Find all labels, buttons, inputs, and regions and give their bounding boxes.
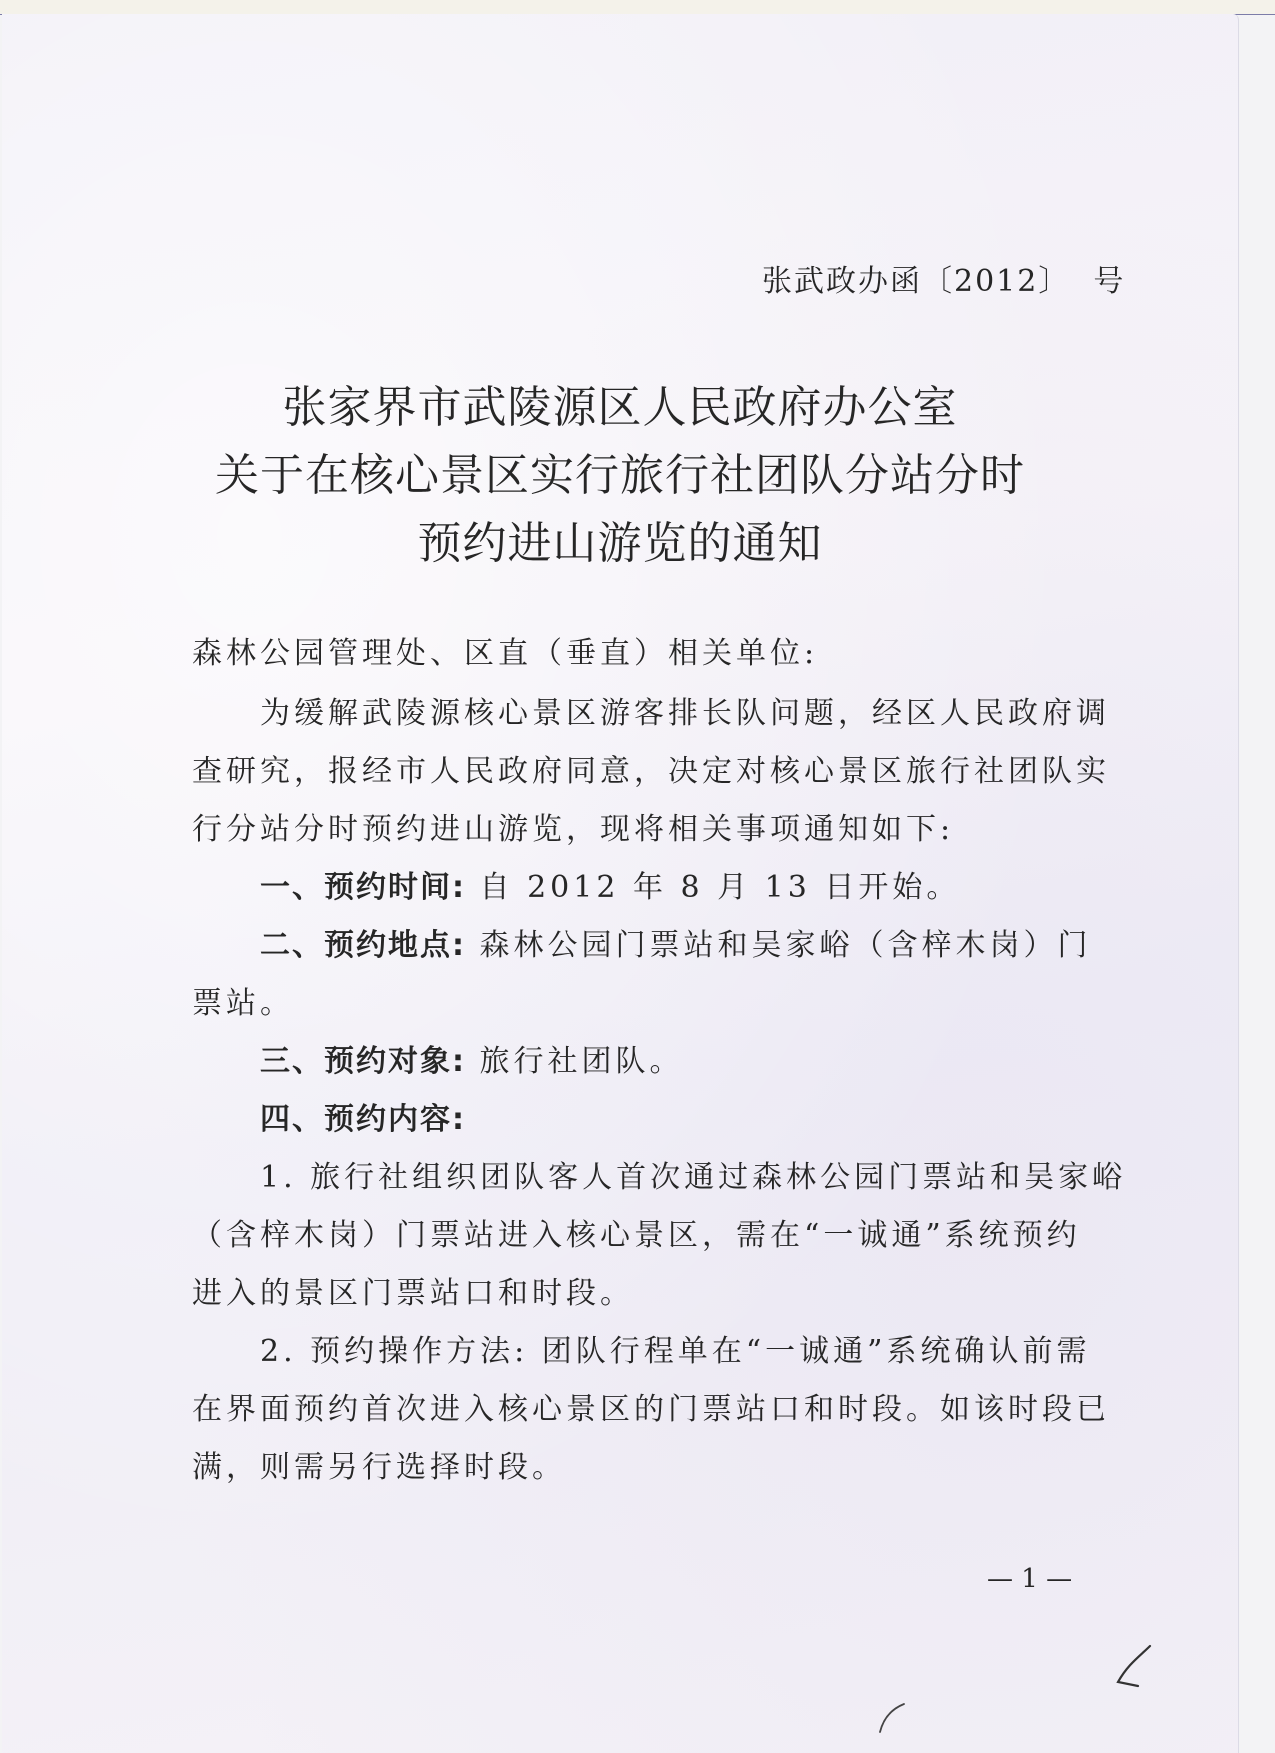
item-2-line-1: 2. 预约操作方法: 团队行程单在“一诚通”系统确认前需 (192, 1332, 1090, 1372)
item-2-line-2: 在界面预约首次进入核心景区的门票站口和时段。如该时段已 (192, 1390, 1110, 1430)
section-target: 三、预约对象: 旅行社团队。 (192, 1042, 684, 1082)
title-line-1: 张家界市武陵源区人民政府办公室 (2, 374, 1238, 442)
section-heading: 四、预约内容: (260, 1102, 466, 1137)
section-text: 旅行社团队。 (480, 1044, 684, 1079)
item-2-line-3: 满，则需另行选择时段。 (192, 1448, 566, 1488)
section-heading: 二、预约地点: (260, 928, 466, 963)
recipient-line: 森林公园管理处、区直（垂直）相关单位: (192, 634, 818, 674)
document-reference-number: 张武政办函〔2012〕 号 (762, 256, 1125, 300)
item-1-line-1: 1. 旅行社组织团队客人首次通过森林公园门票站和吴家峪 (192, 1158, 1126, 1198)
section-text: 森林公园门票站和吴家峪（含梓木岗）门 (480, 928, 1092, 963)
intro-line-2: 查研究，报经市人民政府同意，决定对核心景区旅行社团队实 (192, 752, 1110, 792)
title-line-2: 关于在核心景区实行旅行社团队分站分时 (2, 442, 1238, 510)
scanner-top-strip (0, 0, 1275, 15)
pen-check-mark-icon (1110, 1642, 1160, 1692)
section-location: 二、预约地点: 森林公园门票站和吴家峪（含梓木岗）门 (192, 926, 1092, 966)
intro-line-1: 为缓解武陵源核心景区游客排长队问题，经区人民政府调 (192, 694, 1110, 734)
pen-stroke-mark-icon (872, 1700, 912, 1740)
section-location-continuation: 票站。 (192, 984, 294, 1024)
section-heading: 三、预约对象: (260, 1044, 466, 1079)
document-title: 张家界市武陵源区人民政府办公室 关于在核心景区实行旅行社团队分站分时 预约进山游… (2, 374, 1238, 578)
title-line-3: 预约进山游览的通知 (2, 510, 1238, 578)
section-time: 一、预约时间: 自 2012 年 8 月 13 日开始。 (192, 868, 960, 908)
intro-line-3: 行分站分时预约进山游览，现将相关事项通知如下: (192, 810, 954, 850)
item-1-line-3: 进入的景区门票站口和时段。 (192, 1274, 634, 1314)
section-content: 四、预约内容: (192, 1100, 466, 1140)
scanned-page: 张武政办函〔2012〕 号 张家界市武陵源区人民政府办公室 关于在核心景区实行旅… (0, 0, 1275, 1753)
item-1-line-2: （含梓木岗）门票站进入核心景区，需在“一诚通”系统预约 (192, 1216, 1081, 1256)
page-number: — 1 — (987, 1564, 1072, 1594)
document-paper: 张武政办函〔2012〕 号 张家界市武陵源区人民政府办公室 关于在核心景区实行旅… (2, 14, 1239, 1753)
section-heading: 一、预约时间: (260, 870, 466, 905)
section-text: 自 2012 年 8 月 13 日开始。 (480, 870, 961, 905)
